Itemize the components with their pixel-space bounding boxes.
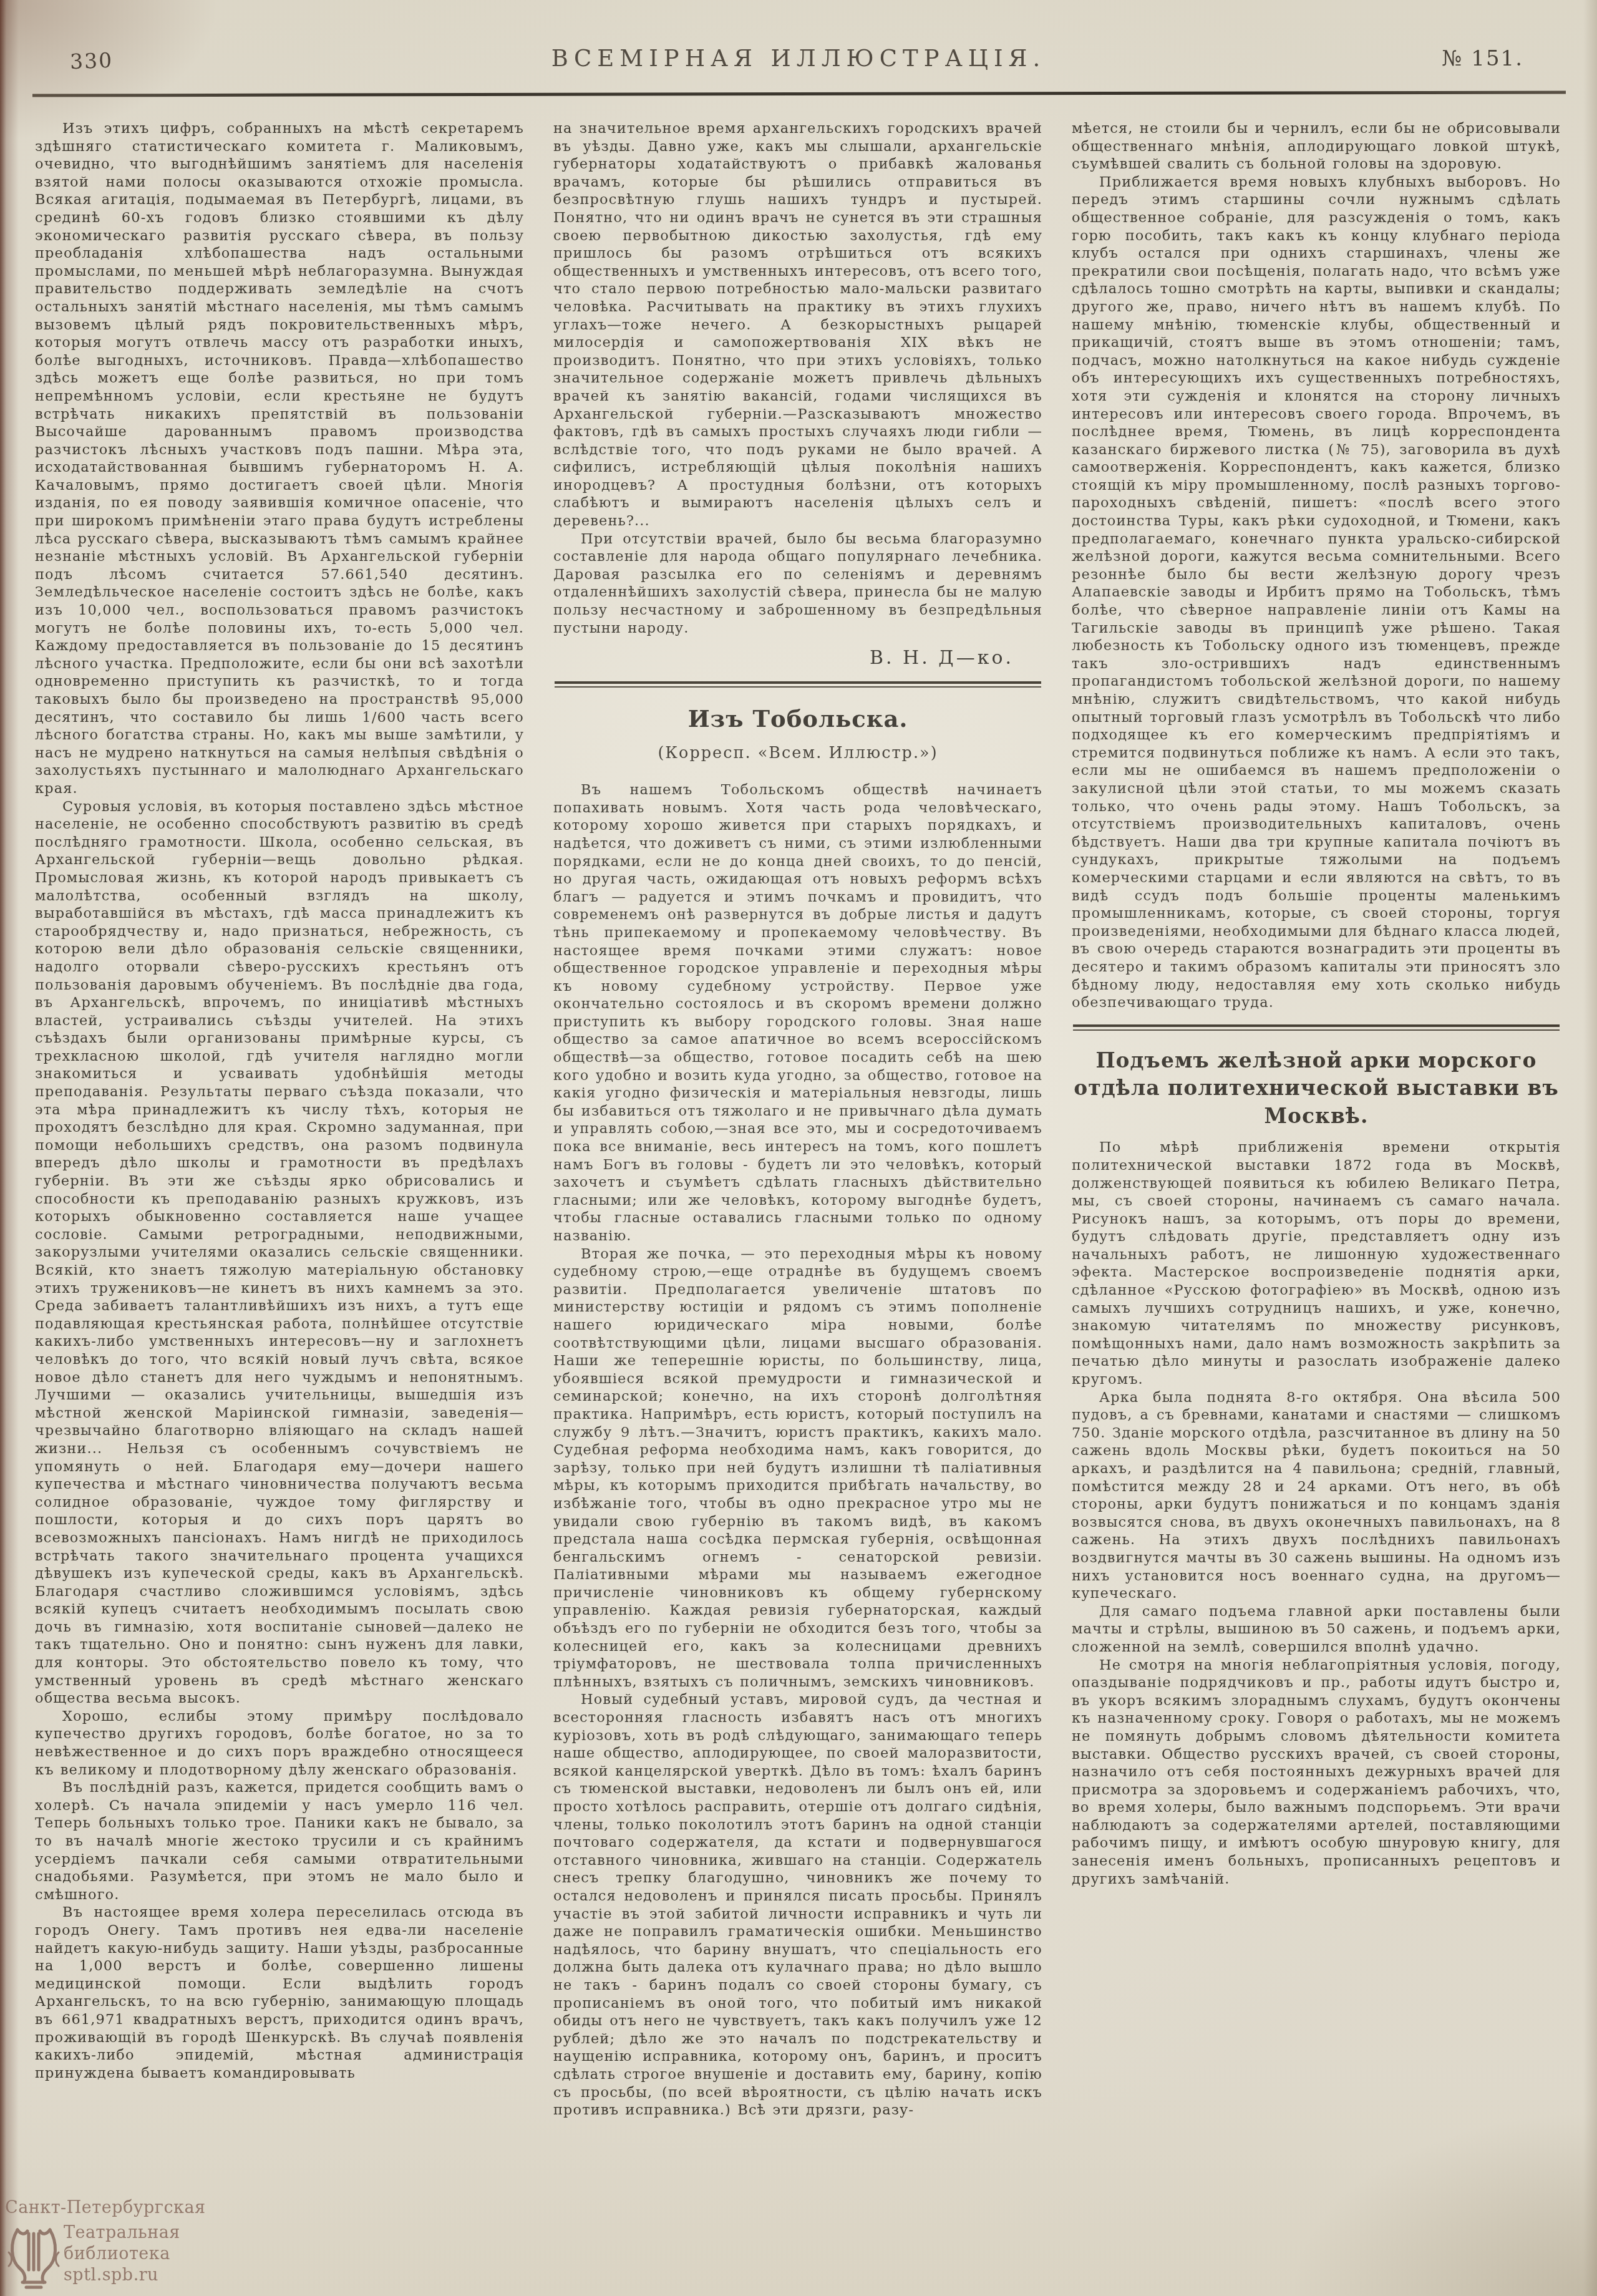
paragraph: Не смотря на многія неблагопріятныя усло…: [1072, 1656, 1561, 1889]
journal-title: ВСЕМІРНАЯ ИЛЛЮСТРАЦІЯ.: [0, 45, 1597, 72]
paragraph: Для самаго подъема главной арки поставле…: [1072, 1603, 1561, 1656]
stamp-line-2: Театральная: [64, 2224, 180, 2242]
paragraph: Суровыя условія, въ которыя поставлено з…: [35, 798, 524, 1708]
paragraph: Изъ этихъ цифръ, собранныхъ на мѣстѣ сек…: [35, 120, 524, 798]
author-signature: В. Н. Д—ко.: [553, 647, 1042, 669]
paragraph: Въ нашемъ Тобольскомъ обществѣ начинаетъ…: [553, 781, 1042, 1245]
paragraph: Арка была поднята 8-го октября. Она вѣси…: [1072, 1389, 1561, 1603]
heading-podem-arki: Подъемъ желѣзной арки морского отдѣла по…: [1072, 1047, 1561, 1131]
paragraph: Вторая же почка, — это переходныя мѣры к…: [553, 1245, 1042, 1691]
paragraph: мѣется, не стоили бы и чернилъ, если бы …: [1072, 120, 1561, 173]
issue-number: № 151.: [1442, 46, 1523, 71]
stamp-line-3: библиотека: [64, 2245, 180, 2264]
paragraph: Приближается время новыхъ клубныхъ выбор…: [1072, 173, 1561, 1012]
lyre-icon: [4, 2221, 64, 2291]
paragraph: Въ настоящее время холера переселилась о…: [35, 1904, 524, 2082]
header-rule: [32, 90, 1566, 97]
paragraph: Новый судебный уставъ, мировой судъ, да …: [553, 1691, 1042, 2119]
column-2: на значительное время архангельскихъ гор…: [553, 120, 1042, 2274]
newspaper-page: 330 ВСЕМІРНАЯ ИЛЛЮСТРАЦІЯ. № 151. Изъ эт…: [0, 0, 1597, 2296]
heading-iz-tobolska: Изъ Тобольска.: [553, 704, 1042, 735]
section-divider: [555, 681, 1041, 688]
paragraph: По мѣрѣ приближенія времени открытія пол…: [1072, 1139, 1561, 1388]
section-divider: [1073, 1024, 1560, 1031]
page-header: 330 ВСЕМІРНАЯ ИЛЛЮСТРАЦІЯ. № 151.: [0, 0, 1597, 94]
column-3: мѣется, не стоили бы и чернилъ, если бы …: [1072, 120, 1561, 2274]
paragraph: на значительное время архангельскихъ гор…: [553, 120, 1042, 530]
stamp-line-1: Санкт-Петербургская: [5, 2198, 206, 2217]
stamp-line-4: sptl.spb.ru: [64, 2266, 180, 2285]
paragraph: Въ послѣдній разъ, кажется, придется соо…: [35, 1779, 524, 1904]
text-columns: Изъ этихъ цифръ, собранныхъ на мѣстѣ сек…: [35, 120, 1561, 2274]
paragraph: При отсутствіи врачей, было бы весьма бл…: [553, 530, 1042, 638]
column-1: Изъ этихъ цифръ, собранныхъ на мѣстѣ сек…: [35, 120, 524, 2274]
library-stamp: Санкт-Петербургская: [4, 2198, 206, 2291]
paragraph: Хорошо, еслибы этому примѣру послѣдовало…: [35, 1708, 524, 1779]
article-subtitle: (Корресп. «Всем. Иллюстр.»): [553, 744, 1042, 762]
